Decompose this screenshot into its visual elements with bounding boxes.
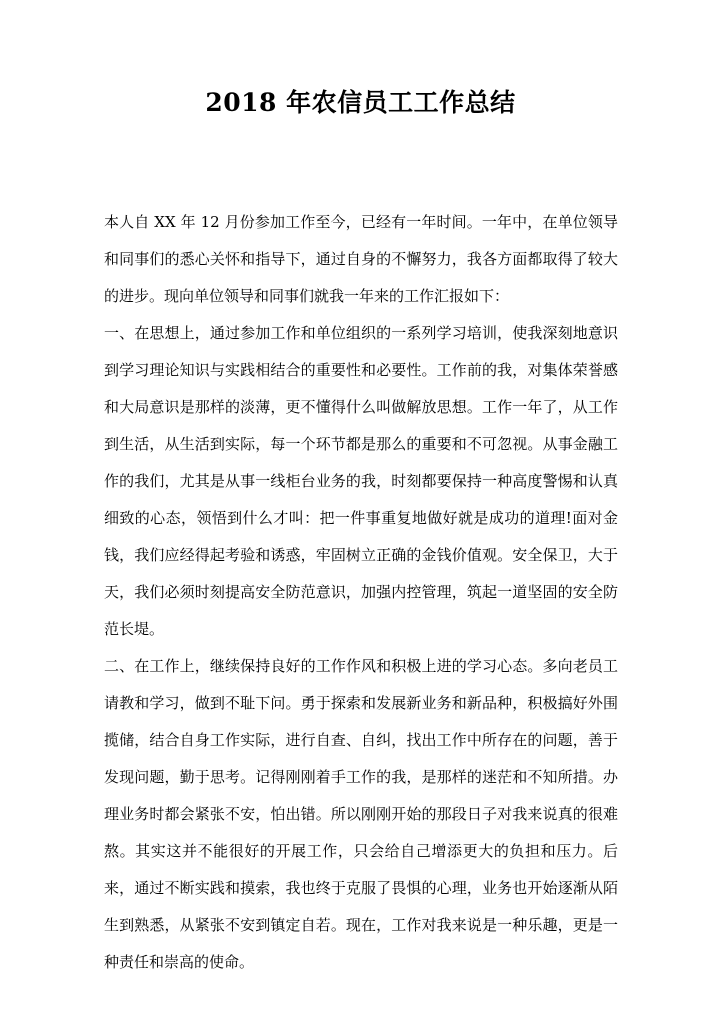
document-body: 本人自 XX 年 12 月份参加工作至今，已经有一年时间。一年中，在单位领导和同…: [104, 204, 618, 981]
document-title: 2018 年农信员工工作总结: [0, 0, 721, 118]
document-page: 2018 年农信员工工作总结 本人自 XX 年 12 月份参加工作至今，已经有一…: [0, 0, 721, 1020]
paragraph-intro: 本人自 XX 年 12 月份参加工作至今，已经有一年时间。一年中，在单位领导和同…: [104, 204, 618, 315]
paragraph-section-two: 二、在工作上，继续保持良好的工作作风和积极上进的学习心态。多向老员工请教和学习，…: [104, 648, 618, 981]
paragraph-section-one: 一、在思想上，通过参加工作和单位组织的一系列学习培训，使我深刻地意识到学习理论知…: [104, 315, 618, 648]
